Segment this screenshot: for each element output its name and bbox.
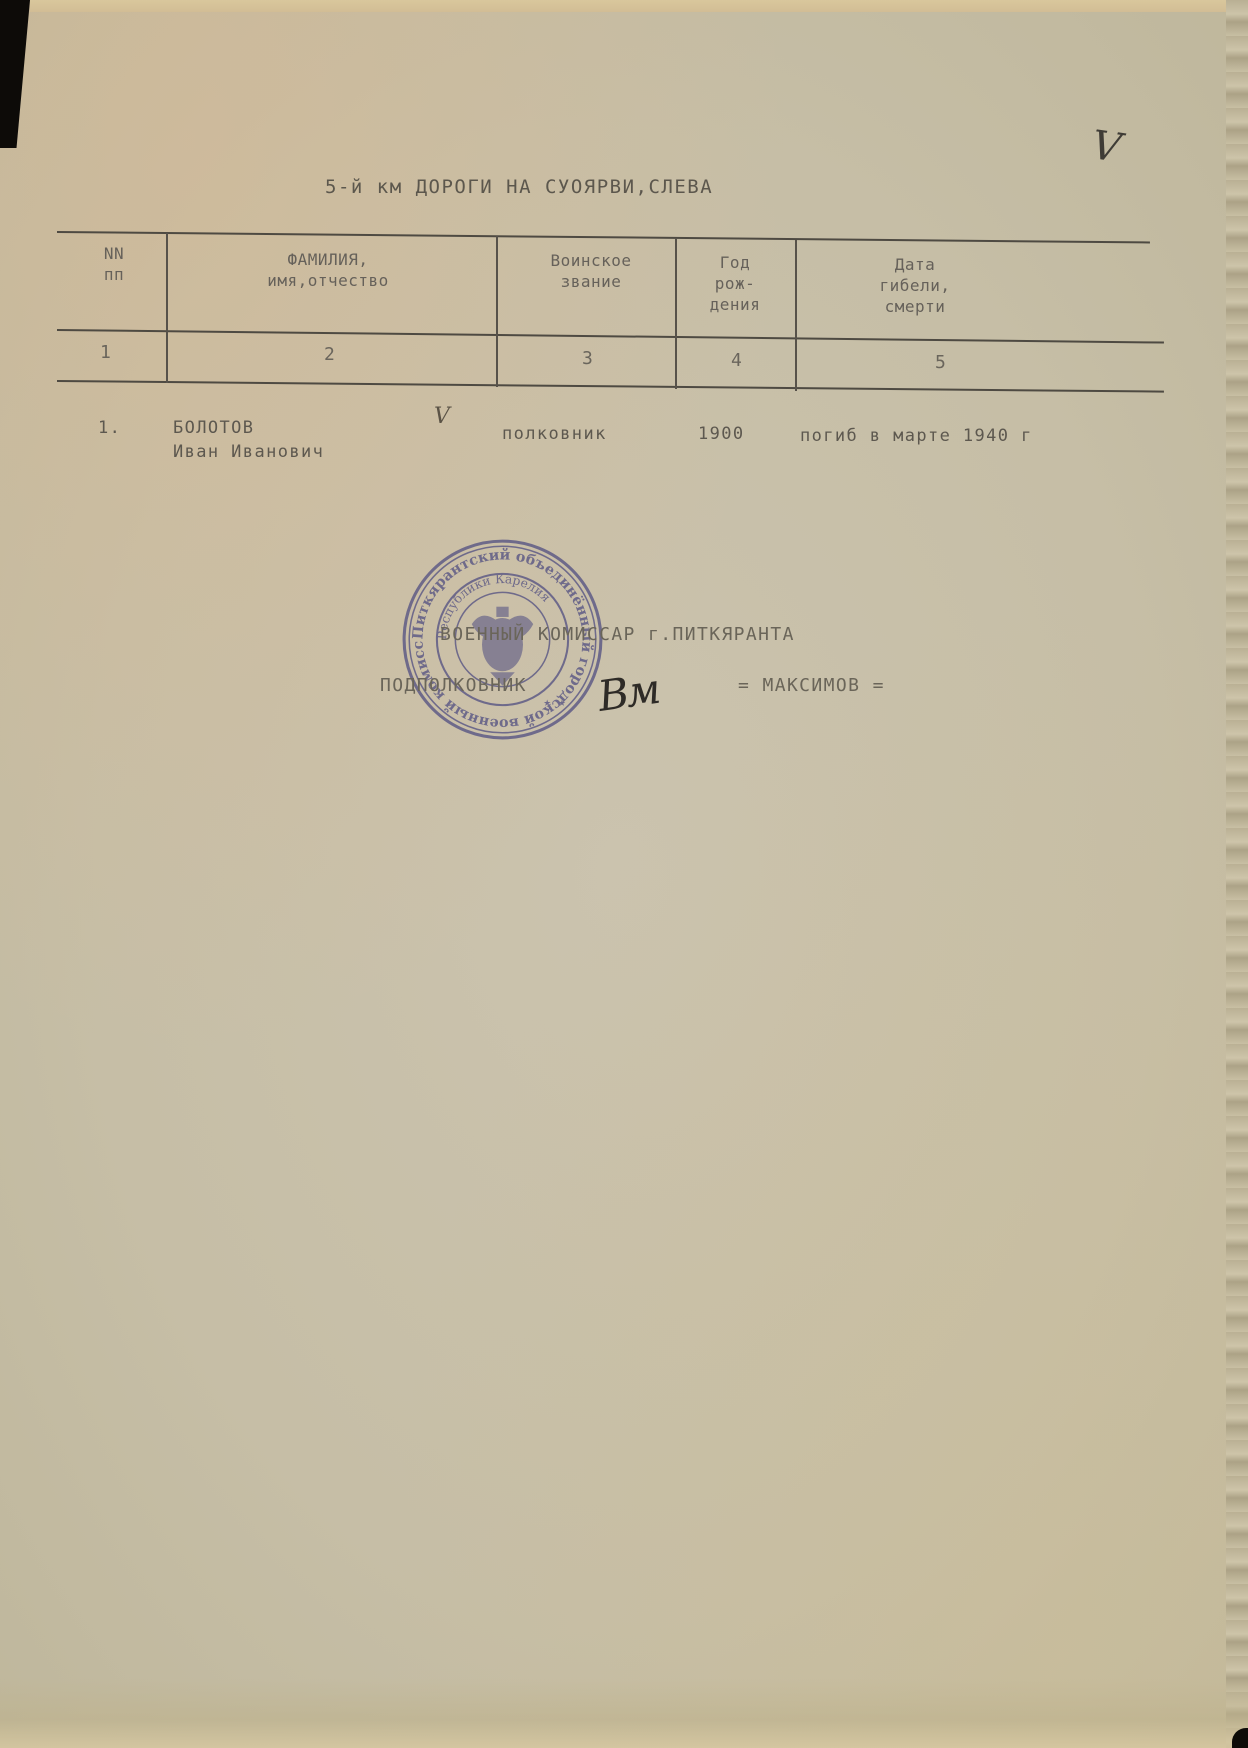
document-page: V 5-й км ДОРОГИ НА СУОЯРВИ,СЛЕВА NN пп Ф… xyxy=(0,0,1248,1748)
header-line: звание xyxy=(526,271,656,292)
signatory-rank: ПОДПОЛКОВНИК xyxy=(380,675,527,696)
header-line: пп xyxy=(92,264,136,285)
table-column-divider xyxy=(795,240,797,391)
handwritten-check-mark-icon: V xyxy=(434,404,450,429)
header-line: рож- xyxy=(690,273,780,294)
header-line: Год xyxy=(690,252,780,273)
table-column-divider xyxy=(675,238,677,389)
header-line: Дата xyxy=(860,254,970,275)
scan-background-corner xyxy=(0,0,30,148)
row-death-date: погиб в марте 1940 г xyxy=(800,426,1033,446)
paper-bottom-fold xyxy=(0,1678,1248,1748)
column-header-rank: Воинское звание xyxy=(526,250,656,292)
column-header-death-date: Дата гибели, смерти xyxy=(860,254,970,317)
header-line: смерти xyxy=(860,296,970,317)
row-surname: БОЛОТОВ xyxy=(173,418,254,438)
column-number: 4 xyxy=(731,350,742,371)
table-bottom-rule xyxy=(57,380,1164,393)
svg-text:★ ★: ★ ★ xyxy=(544,695,567,709)
row-name-patronymic: Иван Иванович xyxy=(173,442,324,462)
row-number: 1. xyxy=(98,418,121,438)
header-line: имя,отчество xyxy=(228,270,428,291)
header-line: NN xyxy=(92,243,136,264)
table-top-rule xyxy=(57,231,1150,243)
column-number: 3 xyxy=(582,348,593,369)
column-header-full-name: ФАМИЛИЯ, имя,отчество xyxy=(228,249,428,291)
column-header-birth-year: Год рож- дения xyxy=(690,252,780,315)
header-line: дения xyxy=(690,294,780,315)
table-column-divider xyxy=(496,236,498,387)
header-line: Воинское xyxy=(526,250,656,271)
handwritten-signature: Вм xyxy=(595,664,661,721)
handwritten-check-mark-icon: V xyxy=(1089,122,1124,172)
signatory-position: ВОЕННЫЙ КОМИССАР г.ПИТКЯРАНТА xyxy=(440,624,795,645)
row-birth-year: 1900 xyxy=(698,424,745,444)
column-header-number: NN пп xyxy=(92,243,136,285)
header-line: гибели, xyxy=(860,275,970,296)
column-number: 2 xyxy=(324,344,335,365)
header-line: ФАМИЛИЯ, xyxy=(228,249,428,270)
table-header-rule xyxy=(57,329,1164,344)
paper-right-edge xyxy=(1226,0,1248,1748)
paper-top-edge xyxy=(30,0,1226,12)
table-column-divider xyxy=(166,233,168,383)
document-title: 5-й км ДОРОГИ НА СУОЯРВИ,СЛЕВА xyxy=(325,176,713,198)
row-rank: полковник xyxy=(502,424,607,444)
column-number: 1 xyxy=(100,342,111,363)
column-number: 5 xyxy=(935,352,946,373)
signatory-name: = МАКСИМОВ = xyxy=(738,675,885,696)
